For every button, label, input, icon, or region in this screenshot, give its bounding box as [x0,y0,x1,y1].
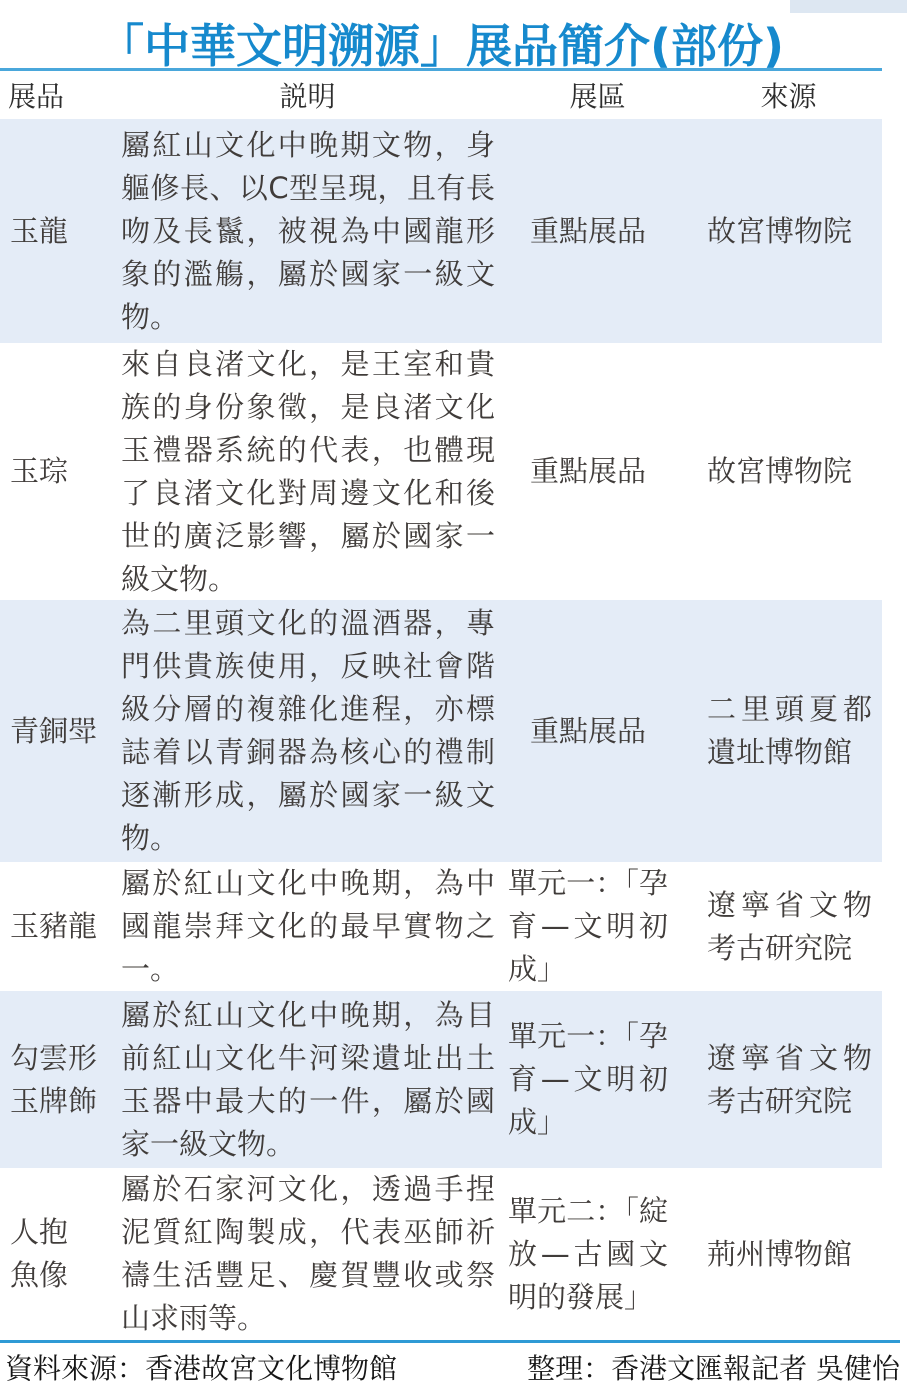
table-footer: 資料來源：香港故宮文化博物館 整理：香港文匯報記者 吳健怡 [0,1340,900,1383]
exhibit-name: 勾雲形 玉牌飾 [0,991,115,1168]
exhibit-zone: 重點展品 [500,119,695,343]
exhibit-source: 故宮博物院 [695,119,882,343]
exhibit-name: 玉豬龍 [0,862,115,991]
exhibit-zone: 單元一：「孕育—文明初成」 [500,862,695,991]
exhibit-zone: 重點展品 [500,343,695,600]
table-row: 青銅斝 為二里頭文化的溫酒器，專門供貴族使用，反映社會階級分層的複雜化進程，亦標… [0,600,882,862]
exhibit-description: 屬紅山文化中晚期文物，身軀修長、以C型呈現，且有長吻及長鬣，被視為中國龍形象的濫… [115,119,500,343]
exhibit-description: 來自良渚文化，是王室和貴族的身份象徵，是良渚文化玉禮器系統的代表，也體現了良渚文… [115,343,500,600]
table-header-row: 展品 説明 展區 來源 [0,71,882,119]
exhibit-description: 屬於石家河文化，透過手捏泥質紅陶製成，代表巫師祈禱生活豐足、慶賀豐收或祭山求雨等… [115,1168,500,1340]
exhibit-source: 遼寧省文物考古研究院 [695,862,882,991]
col-header-zone: 展區 [500,75,695,115]
exhibit-description: 屬於紅山文化中晚期，為中國龍崇拜文化的最早實物之一。 [115,862,500,991]
exhibit-source: 二里頭夏都遺址博物館 [695,600,882,862]
exhibit-name: 人抱 魚像 [0,1168,115,1340]
exhibit-source: 遼寧省文物考古研究院 [695,991,882,1168]
editor-credit-note: 整理：香港文匯報記者 吳健怡 [527,1347,900,1383]
col-header-description: 説明 [115,75,500,115]
page-title: 「中華文明溯源」展品簡介(部份) [0,0,882,71]
data-source-note: 資料來源：香港故宮文化博物館 [5,1347,397,1383]
table-row: 人抱 魚像 屬於石家河文化，透過手捏泥質紅陶製成，代表巫師祈禱生活豐足、慶賀豐收… [0,1168,882,1340]
exhibit-zone: 單元一：「孕育—文明初成」 [500,991,695,1168]
table-row: 玉龍 屬紅山文化中晚期文物，身軀修長、以C型呈現，且有長吻及長鬣，被視為中國龍形… [0,119,882,343]
exhibit-zone: 重點展品 [500,600,695,862]
exhibit-description: 為二里頭文化的溫酒器，專門供貴族使用，反映社會階級分層的複雜化進程，亦標誌着以青… [115,600,500,862]
exhibit-name: 青銅斝 [0,600,115,862]
col-header-exhibit: 展品 [0,75,115,115]
col-header-source: 來源 [695,75,882,115]
table-row: 玉豬龍 屬於紅山文化中晚期，為中國龍崇拜文化的最早實物之一。 單元一：「孕育—文… [0,862,882,991]
corner-strip [790,0,907,13]
exhibit-zone: 單元二：「綻放—古國文明的發展」 [500,1168,695,1340]
exhibit-source: 荊州博物館 [695,1168,882,1340]
exhibit-name: 玉龍 [0,119,115,343]
exhibit-name: 玉琮 [0,343,115,600]
table-row: 玉琮 來自良渚文化，是王室和貴族的身份象徵，是良渚文化玉禮器系統的代表，也體現了… [0,343,882,600]
exhibit-source: 故宮博物院 [695,343,882,600]
table-row: 勾雲形 玉牌飾 屬於紅山文化中晚期，為目前紅山文化牛河梁遺址出土玉器中最大的一件… [0,991,882,1168]
exhibit-description: 屬於紅山文化中晚期，為目前紅山文化牛河梁遺址出土玉器中最大的一件，屬於國家一級文… [115,991,500,1168]
